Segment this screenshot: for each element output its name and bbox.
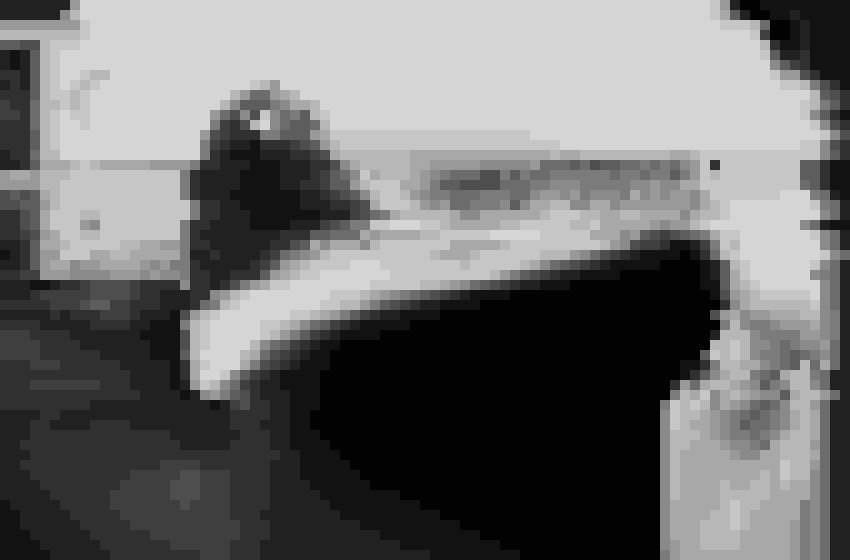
- photo-mosaic-canvas: [0, 0, 850, 560]
- pixelated-photo: Heavily pixelated grayscale photograph: …: [0, 0, 850, 560]
